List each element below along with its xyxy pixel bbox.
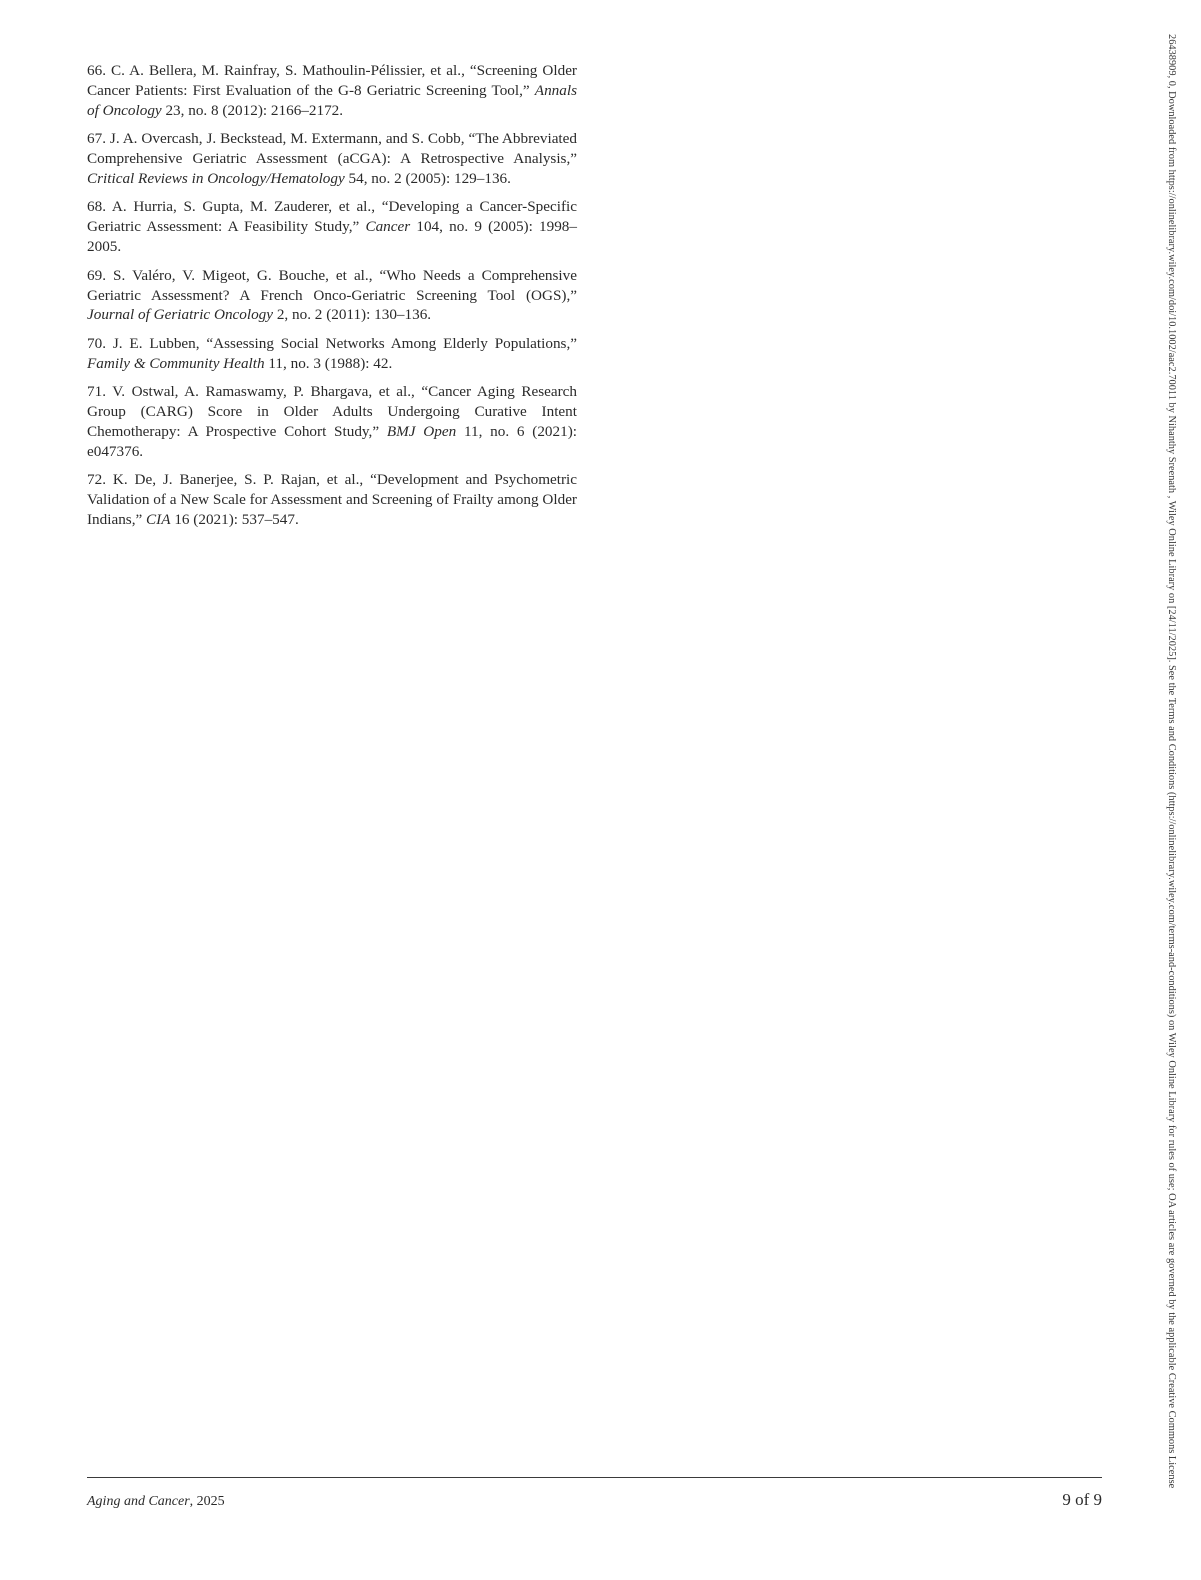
reference-text: J. E. Lubben, “Assessing Social Networks… [106, 335, 577, 352]
reference-text: C. A. Bellera, M. Rainfray, S. Mathoulin… [87, 62, 577, 99]
reference-71: 71. V. Ostwal, A. Ramaswamy, P. Bhargava… [87, 382, 577, 462]
reference-number: 71. [87, 383, 106, 400]
reference-67: 67. J. A. Overcash, J. Beckstead, M. Ext… [87, 129, 577, 189]
reference-68: 68. A. Hurria, S. Gupta, M. Zauderer, et… [87, 197, 577, 257]
reference-details: 11, no. 3 (1988): 42. [265, 355, 393, 372]
reference-list: 66. C. A. Bellera, M. Rainfray, S. Matho… [87, 61, 577, 539]
reference-number: 68. [87, 198, 106, 215]
reference-details: 2, no. 2 (2011): 130–136. [273, 306, 431, 323]
footer-year: , 2025 [190, 1494, 225, 1509]
reference-journal: CIA [146, 511, 170, 528]
reference-69: 69. S. Valéro, V. Migeot, G. Bouche, et … [87, 266, 577, 326]
reference-journal: Family & Community Health [87, 355, 265, 372]
page-number: 9 of 9 [1062, 1490, 1102, 1510]
reference-72: 72. K. De, J. Banerjee, S. P. Rajan, et … [87, 470, 577, 530]
footer-journal-citation: Aging and Cancer, 2025 [87, 1494, 225, 1510]
reference-number: 69. [87, 267, 106, 284]
download-notice-vertical: 26438909, 0, Downloaded from https://onl… [1165, 34, 1177, 1534]
reference-journal: Journal of Geriatric Oncology [87, 306, 273, 323]
reference-journal: Cancer [365, 218, 410, 235]
reference-details: 23, no. 8 (2012): 2166–2172. [162, 102, 343, 119]
reference-70: 70. J. E. Lubben, “Assessing Social Netw… [87, 334, 577, 374]
reference-text: S. Valéro, V. Migeot, G. Bouche, et al.,… [87, 267, 577, 304]
reference-details: 16 (2021): 537–547. [171, 511, 299, 528]
reference-journal: Critical Reviews in Oncology/Hematology [87, 170, 345, 187]
reference-text: J. A. Overcash, J. Beckstead, M. Exterma… [87, 130, 577, 167]
reference-number: 72. [87, 471, 106, 488]
footer-divider [87, 1477, 1102, 1478]
reference-number: 66. [87, 62, 106, 79]
reference-details: 54, no. 2 (2005): 129–136. [345, 170, 511, 187]
footer-journal-name: Aging and Cancer [87, 1494, 190, 1509]
reference-number: 67. [87, 130, 106, 147]
reference-number: 70. [87, 335, 106, 352]
reference-66: 66. C. A. Bellera, M. Rainfray, S. Matho… [87, 61, 577, 121]
reference-journal: BMJ Open [387, 423, 456, 440]
